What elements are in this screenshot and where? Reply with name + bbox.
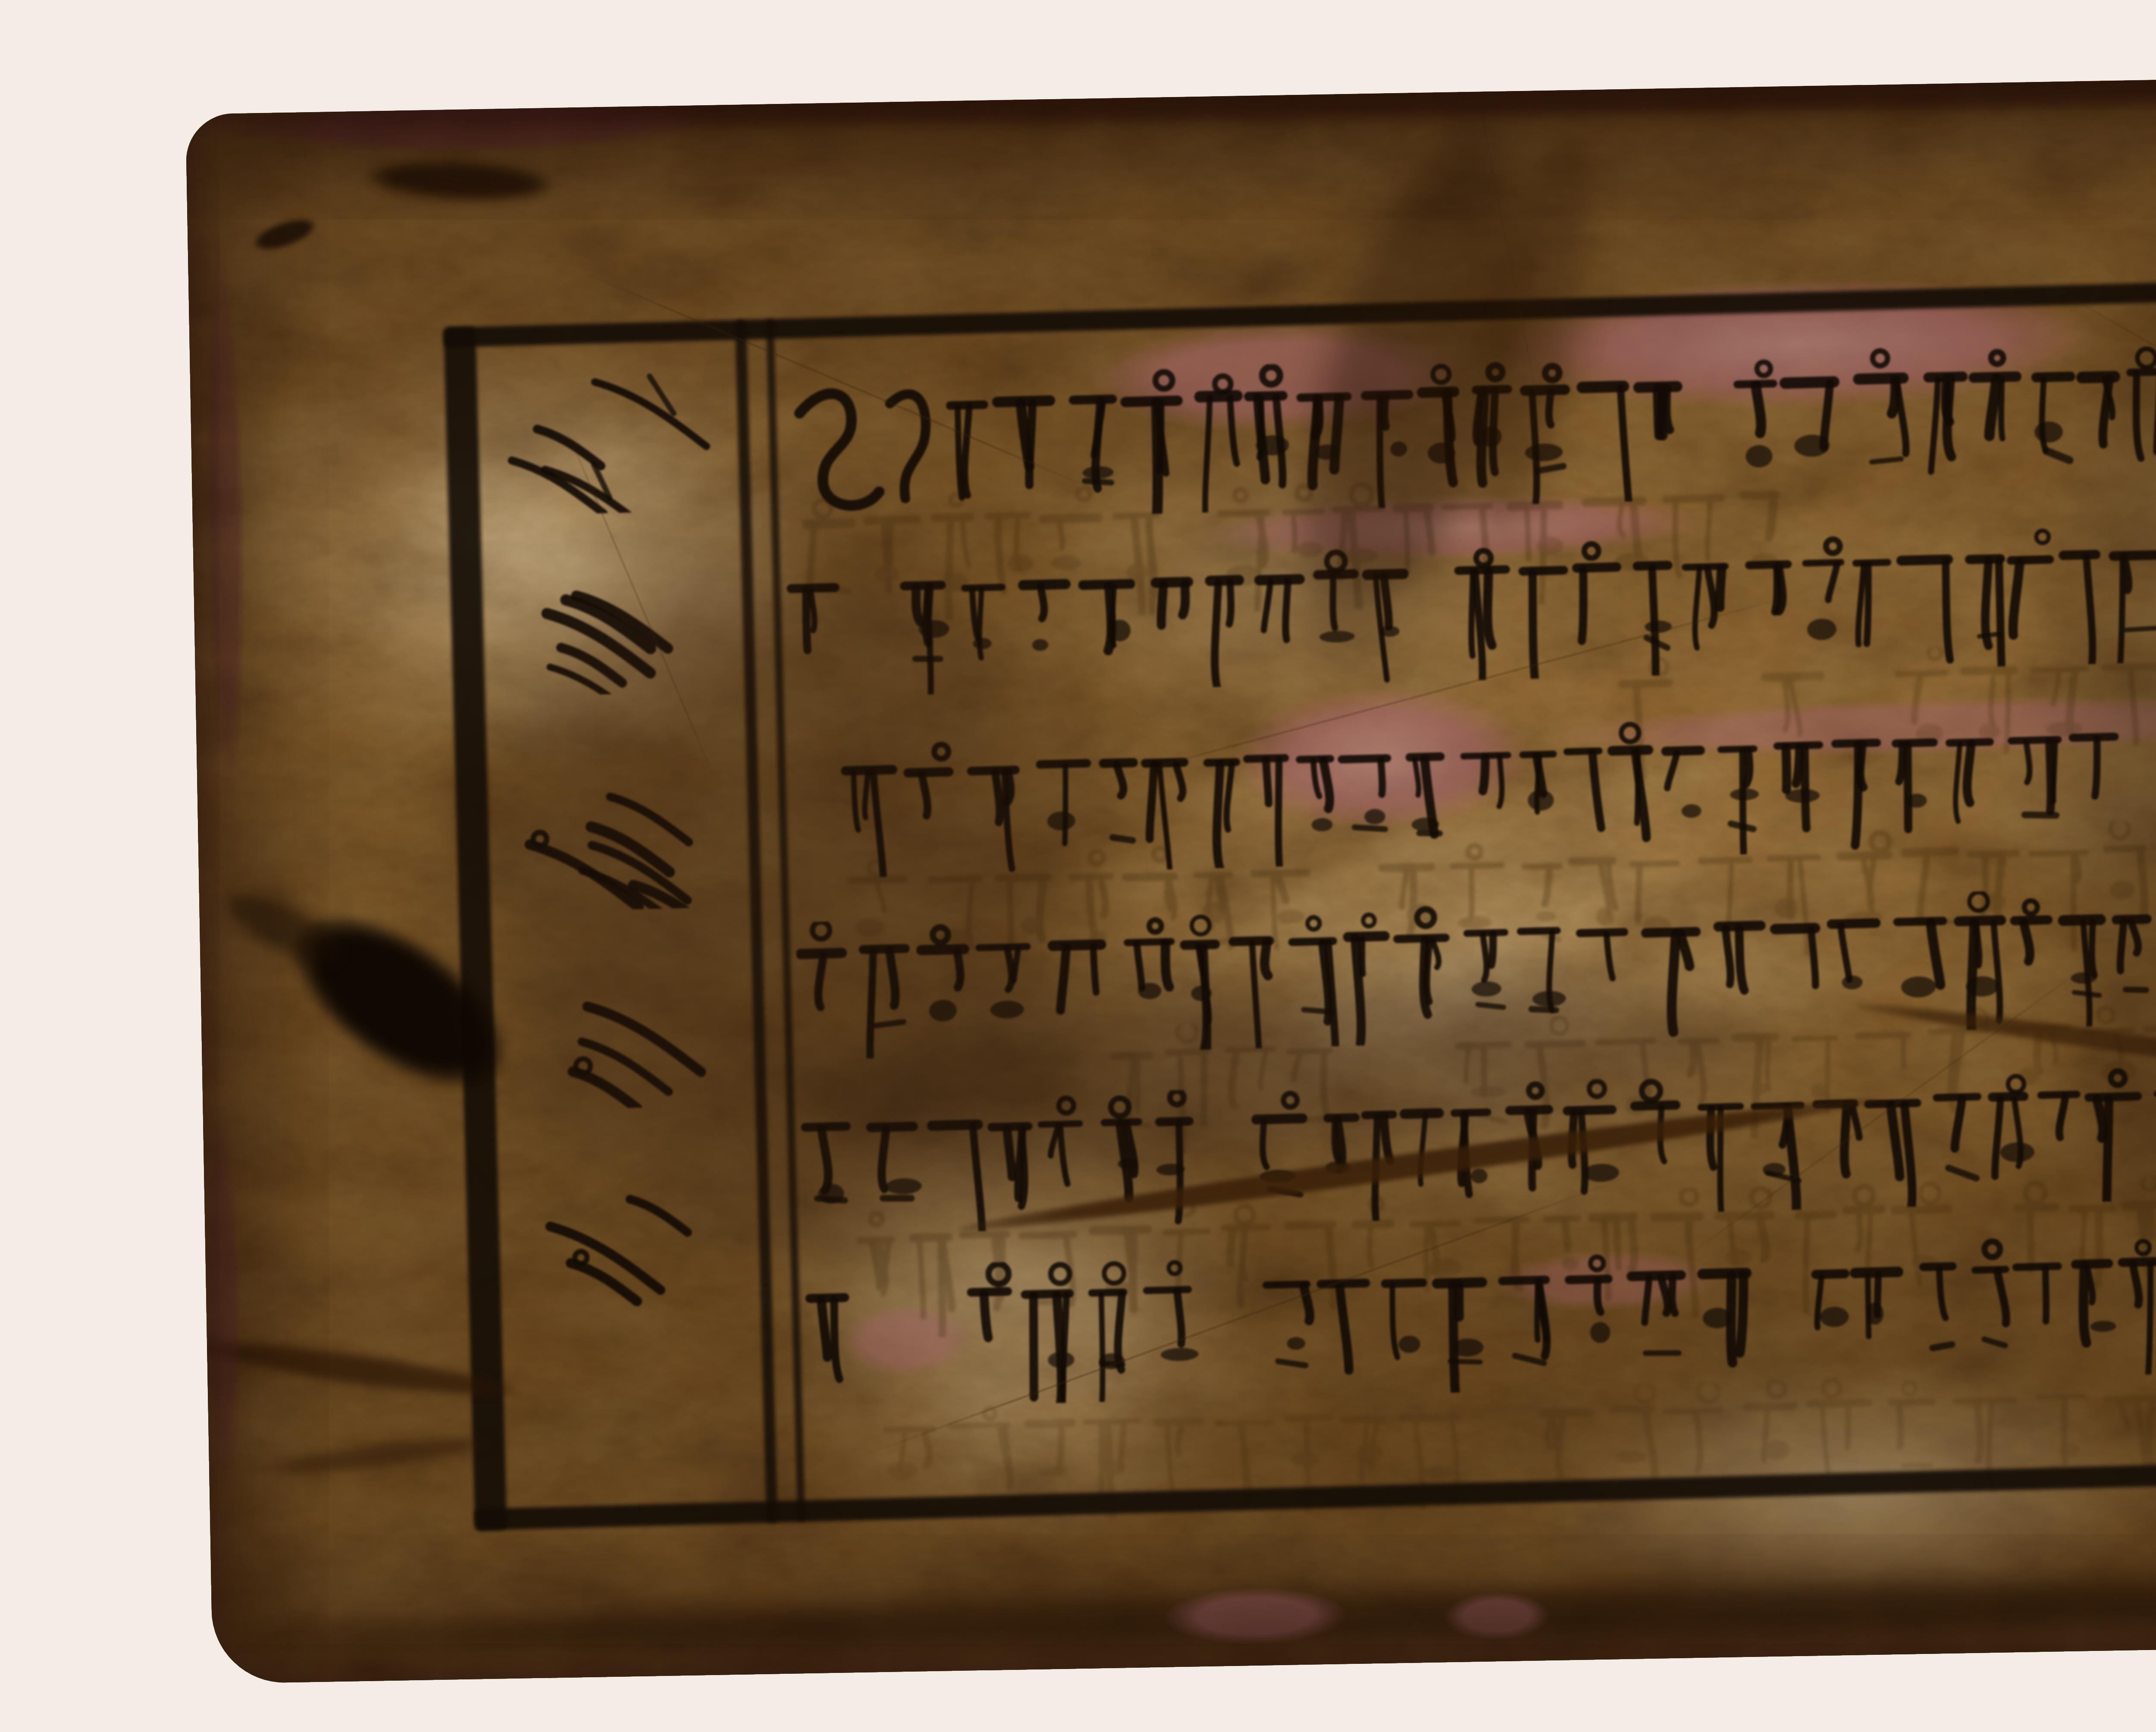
rose-wash-patch bbox=[1091, 318, 1464, 436]
rose-wash-patch bbox=[1207, 489, 1705, 566]
rose-wash-highlights bbox=[444, 263, 2156, 1531]
woodblock-print-frame bbox=[444, 263, 2156, 1531]
manuscript-photograph bbox=[0, 0, 2156, 1732]
ghost-script-line bbox=[1617, 624, 2156, 780]
margin-title-glyphs bbox=[514, 1176, 750, 1312]
tick-left bbox=[250, 213, 319, 256]
script-line bbox=[786, 321, 2156, 524]
margin-title-column bbox=[444, 263, 2156, 1531]
script-line bbox=[800, 1044, 2156, 1236]
rose-wash-patch bbox=[1558, 688, 2156, 764]
ghost-script-line bbox=[802, 468, 1796, 624]
manuscript-folio-paper bbox=[185, 67, 2156, 1684]
ghost-script-line bbox=[855, 1158, 2156, 1339]
rose-wash-patch bbox=[1164, 1587, 1346, 1646]
streak-bottom-left-1 bbox=[190, 1331, 518, 1406]
margin-title-glyphs bbox=[503, 777, 739, 913]
frame-border-bottom bbox=[474, 1444, 2156, 1531]
rose-wash-patch bbox=[1445, 1591, 1549, 1641]
ghost-script-line bbox=[1109, 986, 2156, 1156]
text-block bbox=[444, 263, 2156, 1531]
script-line bbox=[796, 866, 2156, 1060]
streak-bottom-left-2 bbox=[269, 1430, 494, 1481]
fringe-bottom bbox=[186, 1563, 2156, 1667]
rose-wash-patch bbox=[1495, 1248, 1720, 1314]
frame-border-left bbox=[444, 327, 507, 1531]
frame-border-top bbox=[444, 263, 2156, 348]
edge-maroon-tint bbox=[201, 243, 249, 804]
ghost-script-line bbox=[846, 810, 2156, 984]
margin-title-glyphs bbox=[497, 562, 733, 697]
show-through-ghost-text bbox=[444, 263, 2156, 1531]
script-line bbox=[791, 687, 2156, 879]
smear-top-left bbox=[367, 157, 554, 205]
edge-maroon-tint bbox=[237, 97, 712, 157]
rose-wash-patch bbox=[1234, 683, 1530, 833]
edge-maroon-tint bbox=[203, 1105, 244, 1494]
script-line bbox=[786, 504, 2156, 698]
margin-title-glyphs bbox=[492, 355, 729, 516]
fringe-top bbox=[185, 67, 2156, 141]
margin-title-glyphs bbox=[508, 976, 744, 1111]
rose-wash-patch bbox=[840, 1302, 971, 1378]
script-line bbox=[805, 1211, 2156, 1409]
blotch-left-tail bbox=[213, 877, 350, 978]
